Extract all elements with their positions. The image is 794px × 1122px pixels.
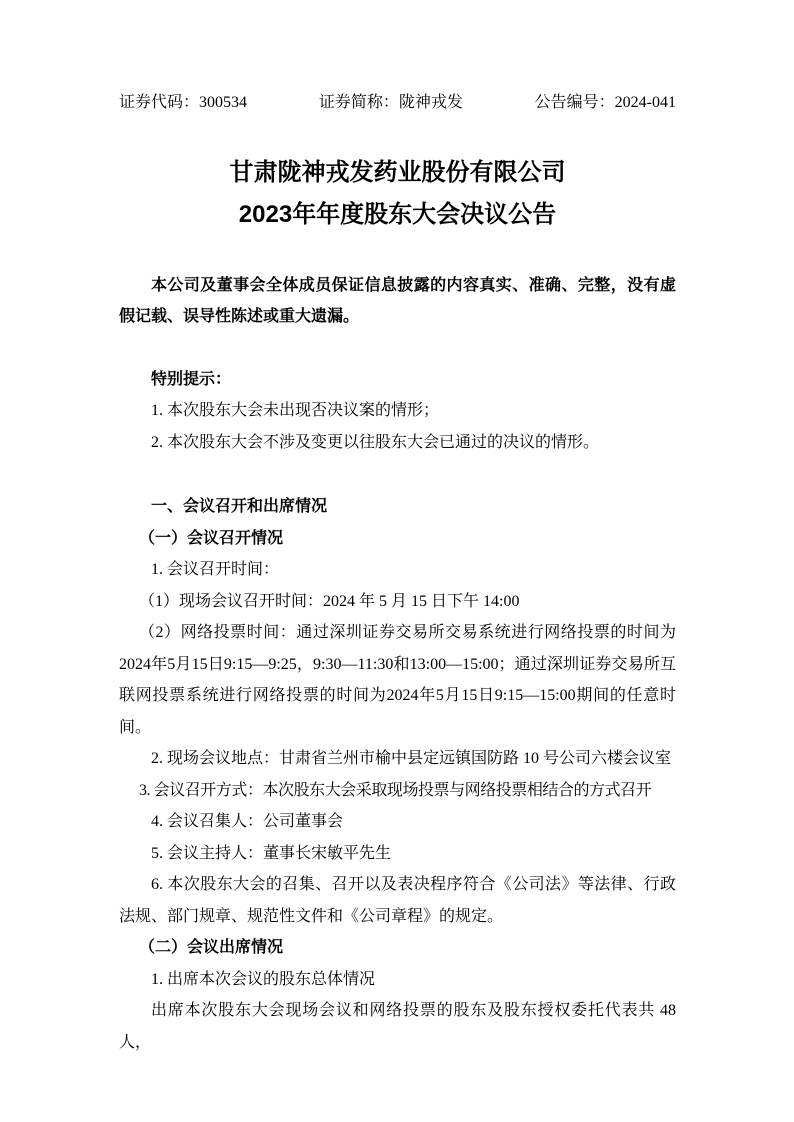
doc-header: 证券代码：300534 证券简称：陇神戎发 公告编号：2024-041	[119, 87, 676, 119]
paragraph-chairperson: 5. 会议主持人：董事长宋敏平先生	[119, 838, 676, 870]
paragraph-online-voting-time: （2）网络投票时间：通过深圳证券交易所交易系统进行网络投票的时间为2024年5月…	[119, 617, 676, 743]
special-notice-heading: 特别提示：	[119, 364, 676, 396]
section-heading-meeting: 一、会议召开和出席情况	[119, 491, 676, 523]
subsection-heading-attendance: （二）会议出席情况	[119, 932, 676, 964]
paragraph-attendance-count: 出席本次股东大会现场会议和网络投票的股东及股东授权委托代表共 48 人，	[119, 995, 676, 1058]
announcement-number: 公告编号：2024-041	[535, 87, 676, 119]
paragraph-meeting-method: 3. 会议召开方式：本次股东大会采取现场投票与网络投票相结合的方式召开	[119, 775, 676, 807]
paragraph-meeting-time: 1. 会议召开时间：	[119, 554, 676, 586]
special-notice-item: 1. 本次股东大会未出现否决议案的情形；	[119, 395, 676, 427]
paragraph-convener: 4. 会议召集人：公司董事会	[119, 806, 676, 838]
announcement-title: 2023年年度股东大会决议公告	[119, 194, 676, 236]
special-notice-item: 2. 本次股东大会不涉及变更以往股东大会已通过的决议的情形。	[119, 427, 676, 459]
company-name-title: 甘肃陇神戎发药业股份有限公司	[119, 152, 676, 194]
document-page: 证券代码：300534 证券简称：陇神戎发 公告编号：2024-041 甘肃陇神…	[0, 0, 794, 1122]
paragraph-onsite-time: （1）现场会议召开时间：2024 年 5 月 15 日下午 14:00	[119, 586, 676, 618]
subsection-heading-convening: （一）会议召开情况	[119, 523, 676, 555]
paragraph-attendance-overview: 1. 出席本次会议的股东总体情况	[119, 964, 676, 996]
disclaimer-statement: 本公司及董事会全体成员保证信息披露的内容真实、准确、完整，没有虚假记载、误导性陈…	[119, 270, 676, 333]
paragraph-legality: 6. 本次股东大会的召集、召开以及表决程序符合《公司法》等法律、行政法规、部门规…	[119, 869, 676, 932]
stock-abbr: 证券简称：陇神戎发	[319, 87, 463, 119]
paragraph-meeting-place: 2. 现场会议地点：甘肃省兰州市榆中县定远镇国防路 10 号公司六楼会议室	[119, 743, 676, 775]
stock-code: 证券代码：300534	[119, 87, 247, 119]
